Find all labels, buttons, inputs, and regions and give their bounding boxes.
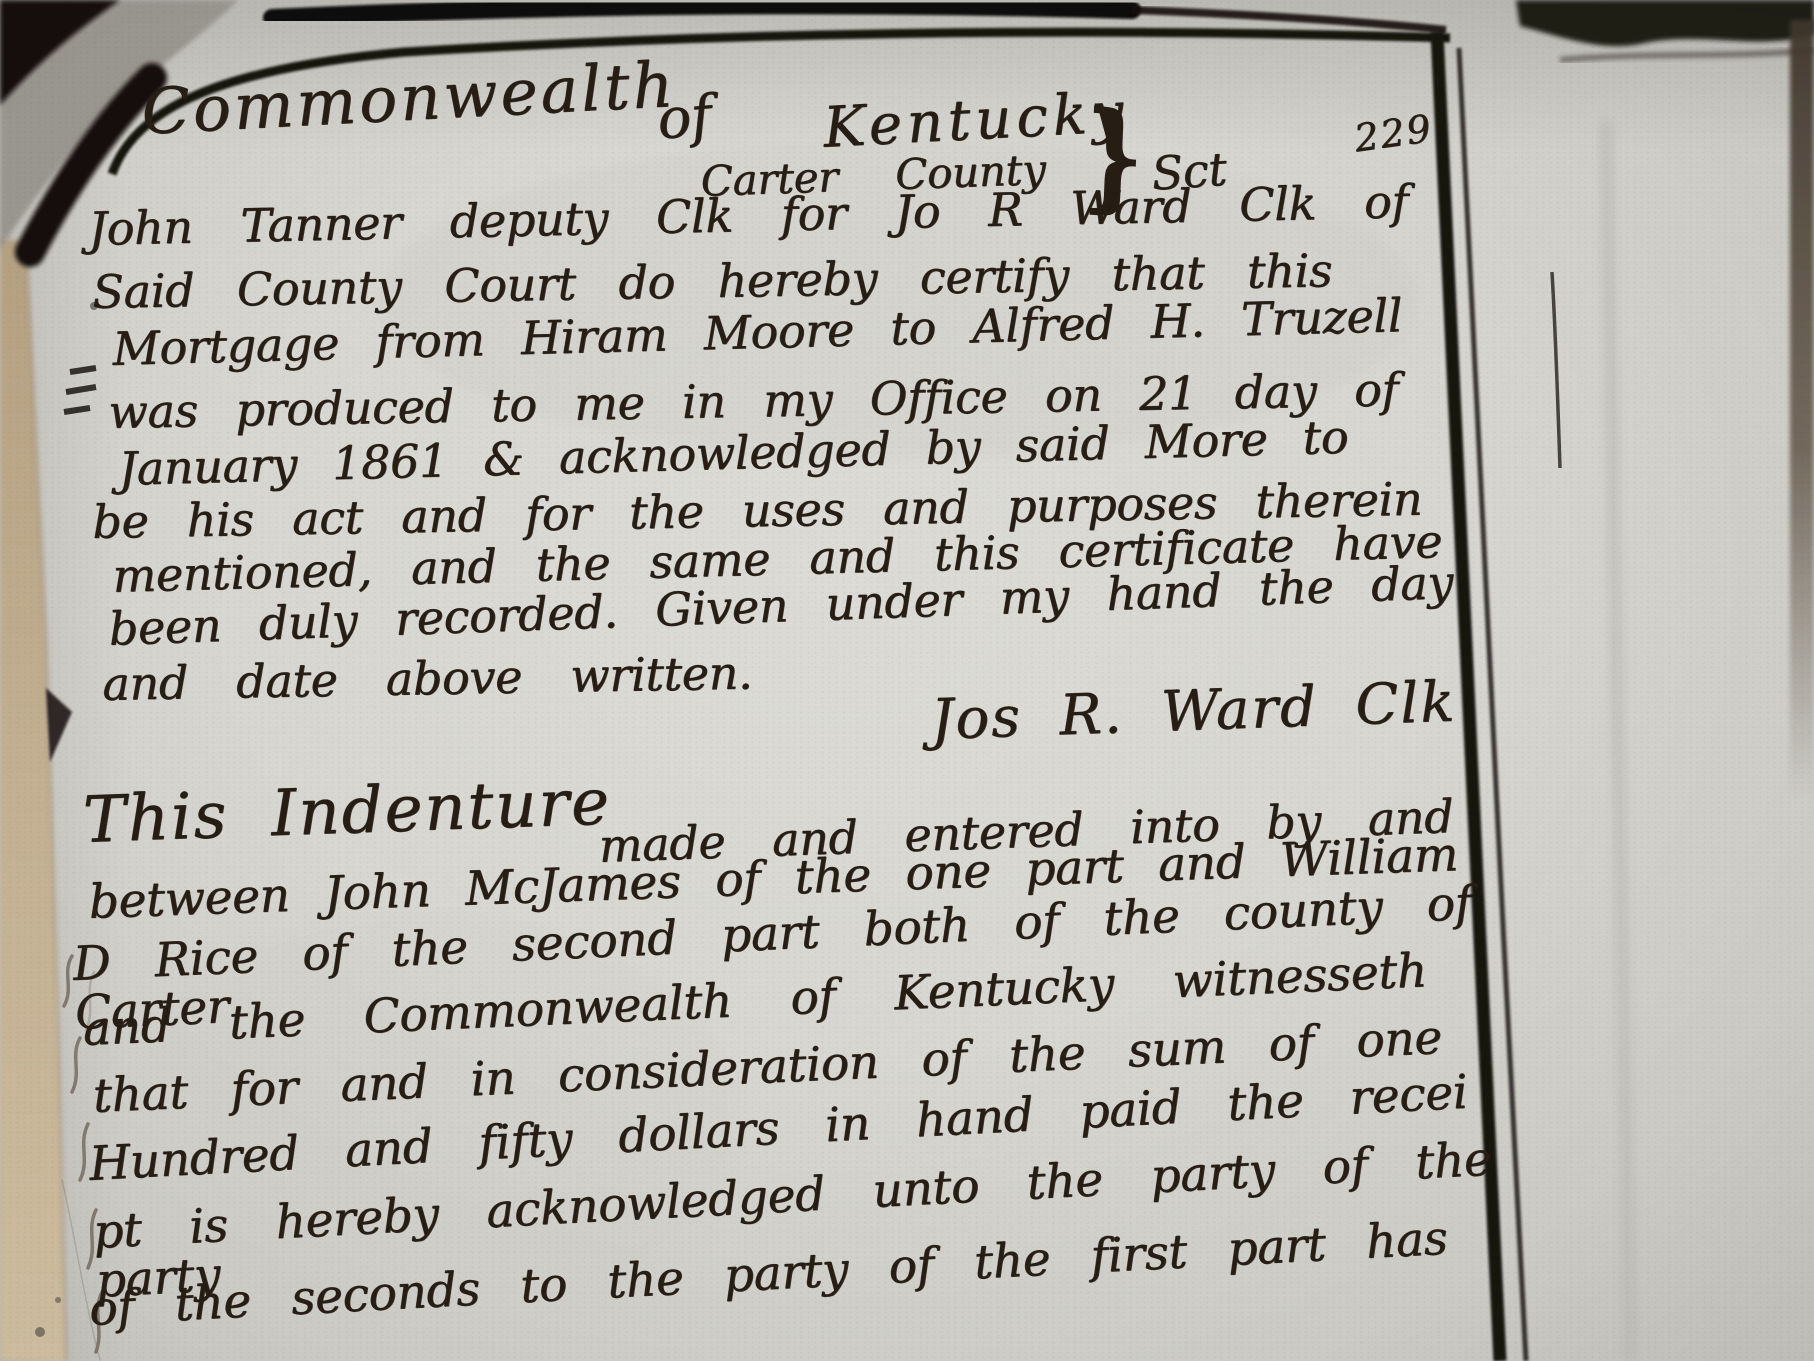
heading-of: of xyxy=(655,87,714,150)
left-gutter-strip xyxy=(0,238,66,1361)
photograph-of-ledger-page: Commonwealth of Kentucky } Sct 229 Carte… xyxy=(0,0,1814,1361)
top-right-corner-shadow xyxy=(1516,0,1814,1361)
certificate-line: and date above written. xyxy=(102,649,753,709)
indenture-opening: This Indenture xyxy=(82,770,612,856)
